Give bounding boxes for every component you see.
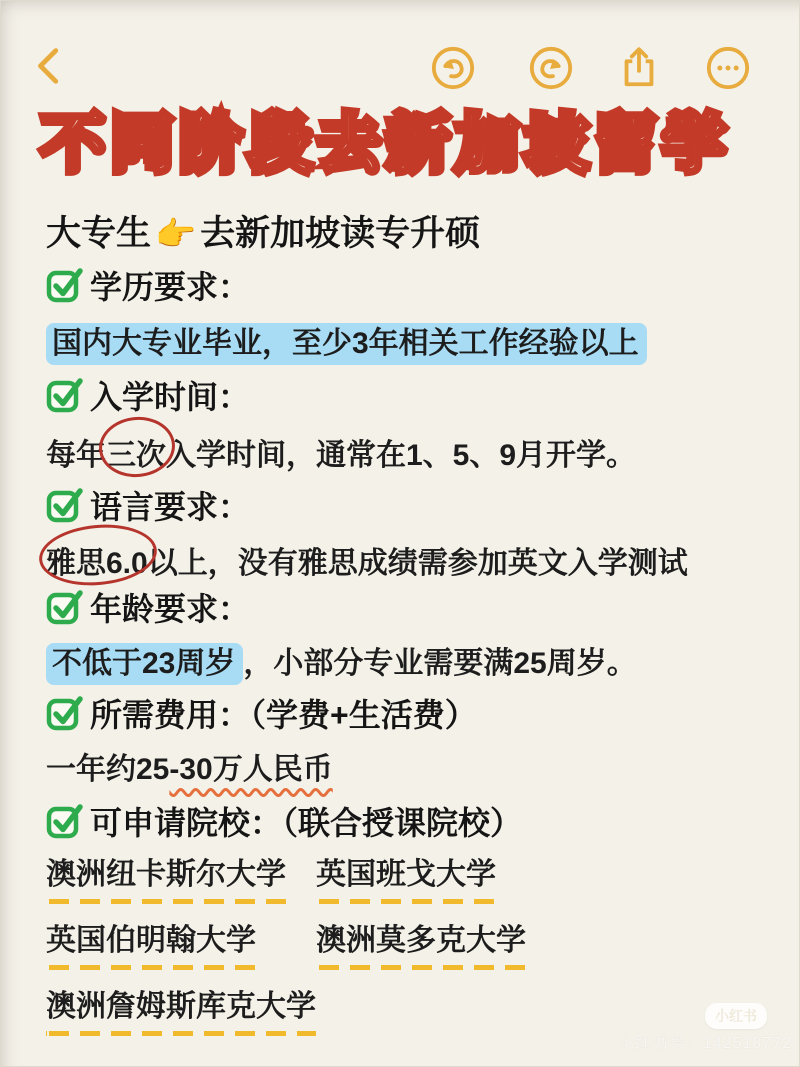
share-button[interactable] <box>616 44 662 90</box>
checkbox-icon <box>46 265 86 305</box>
list-item: 英国伯明翰大学 <box>46 915 256 970</box>
age-post: ，小部分专业需要满25周岁。 <box>243 647 636 680</box>
language-detail: 雅思6.0以上，没有雅思成绩需参加英文入学测试 <box>46 538 688 582</box>
undo-icon <box>430 45 476 91</box>
redo-icon <box>528 45 574 91</box>
section-language-label: 语言要求： <box>46 482 250 528</box>
subtitle-suffix: 去新加坡读专升硕 <box>200 214 480 253</box>
subtitle: 大专生👉去新加坡读专升硕 <box>46 206 480 256</box>
page-title-text: 不同阶段去新加坡留学 <box>42 110 732 179</box>
checkbox-icon <box>46 375 86 415</box>
share-icon <box>616 44 662 90</box>
watermark-account: 小红书号：142518772 <box>618 1030 792 1053</box>
universities-list: 澳洲纽卡斯尔大学 英国班戈大学 英国伯明翰大学 澳洲莫多克大学 澳洲詹姆斯库克大… <box>46 849 526 1036</box>
note-page: 不同阶段去新加坡留学 不同阶段去新加坡留学 大专生👉去新加坡读专升硕 学历要求：… <box>0 0 800 1067</box>
section-intake-label: 入学时间： <box>46 372 250 418</box>
section-cost-label: 所需费用：（学费+生活费） <box>46 690 477 736</box>
checkbox-icon <box>46 485 86 525</box>
language-post: 以上，没有雅思成绩需参加英文入学测试 <box>148 547 688 580</box>
list-item: 英国班戈大学 <box>316 849 496 904</box>
age-detail: 不低于23周岁，小部分专业需要满25周岁。 <box>46 638 637 682</box>
intake-detail: 每年三次入学时间，通常在1、5、9月开学。 <box>46 430 636 474</box>
section-label: 年龄要求： <box>90 584 250 630</box>
redo-button[interactable] <box>528 45 574 91</box>
cost-detail: 一年约25-30万人民币 <box>46 744 333 788</box>
undo-button[interactable] <box>430 45 476 91</box>
intake-post: 入学时间，通常在1、5、9月开学。 <box>166 439 636 472</box>
subtitle-prefix: 大专生 <box>46 214 151 253</box>
section-age-label: 年龄要求： <box>46 584 250 630</box>
list-item: 澳洲詹姆斯库克大学 <box>46 981 316 1036</box>
intake-pre: 每年 <box>46 439 106 472</box>
wavy-underline-text: -30万人民币 <box>169 753 332 786</box>
checkbox-icon <box>46 693 86 733</box>
section-schools-label: 可申请院校：（联合授课院校） <box>46 798 522 844</box>
education-detail: 国内大专业毕业，至少3年相关工作经验以上 <box>46 318 647 362</box>
cost-pre: 一年约25 <box>46 753 169 786</box>
section-label: 可申请院校：（联合授课院校） <box>90 798 522 844</box>
highlighted-text: 国内大专业毕业，至少3年相关工作经验以上 <box>46 323 647 365</box>
list-item: 澳洲纽卡斯尔大学 <box>46 849 286 904</box>
red-circle-annotation: 三次 <box>106 430 166 474</box>
back-chevron-icon <box>28 42 74 88</box>
section-label: 语言要求： <box>90 482 250 528</box>
more-icon <box>705 45 751 91</box>
xiaohongshu-badge: 小红书 <box>705 1003 767 1029</box>
section-education-label: 学历要求： <box>46 262 250 308</box>
checkbox-icon <box>46 587 86 627</box>
list-item: 澳洲莫多克大学 <box>316 915 526 970</box>
pointing-right-emoji: 👉 <box>155 215 196 252</box>
more-button[interactable] <box>705 45 751 91</box>
checkbox-icon <box>46 801 86 841</box>
section-label: 学历要求： <box>90 262 250 308</box>
back-button[interactable] <box>28 42 74 88</box>
section-label: 所需费用：（学费+生活费） <box>90 690 477 736</box>
red-circle-annotation: 雅思6.0 <box>46 538 148 582</box>
page-title: 不同阶段去新加坡留学 不同阶段去新加坡留学 <box>42 102 732 188</box>
section-label: 入学时间： <box>90 372 250 418</box>
highlighted-text: 不低于23周岁 <box>46 643 243 685</box>
